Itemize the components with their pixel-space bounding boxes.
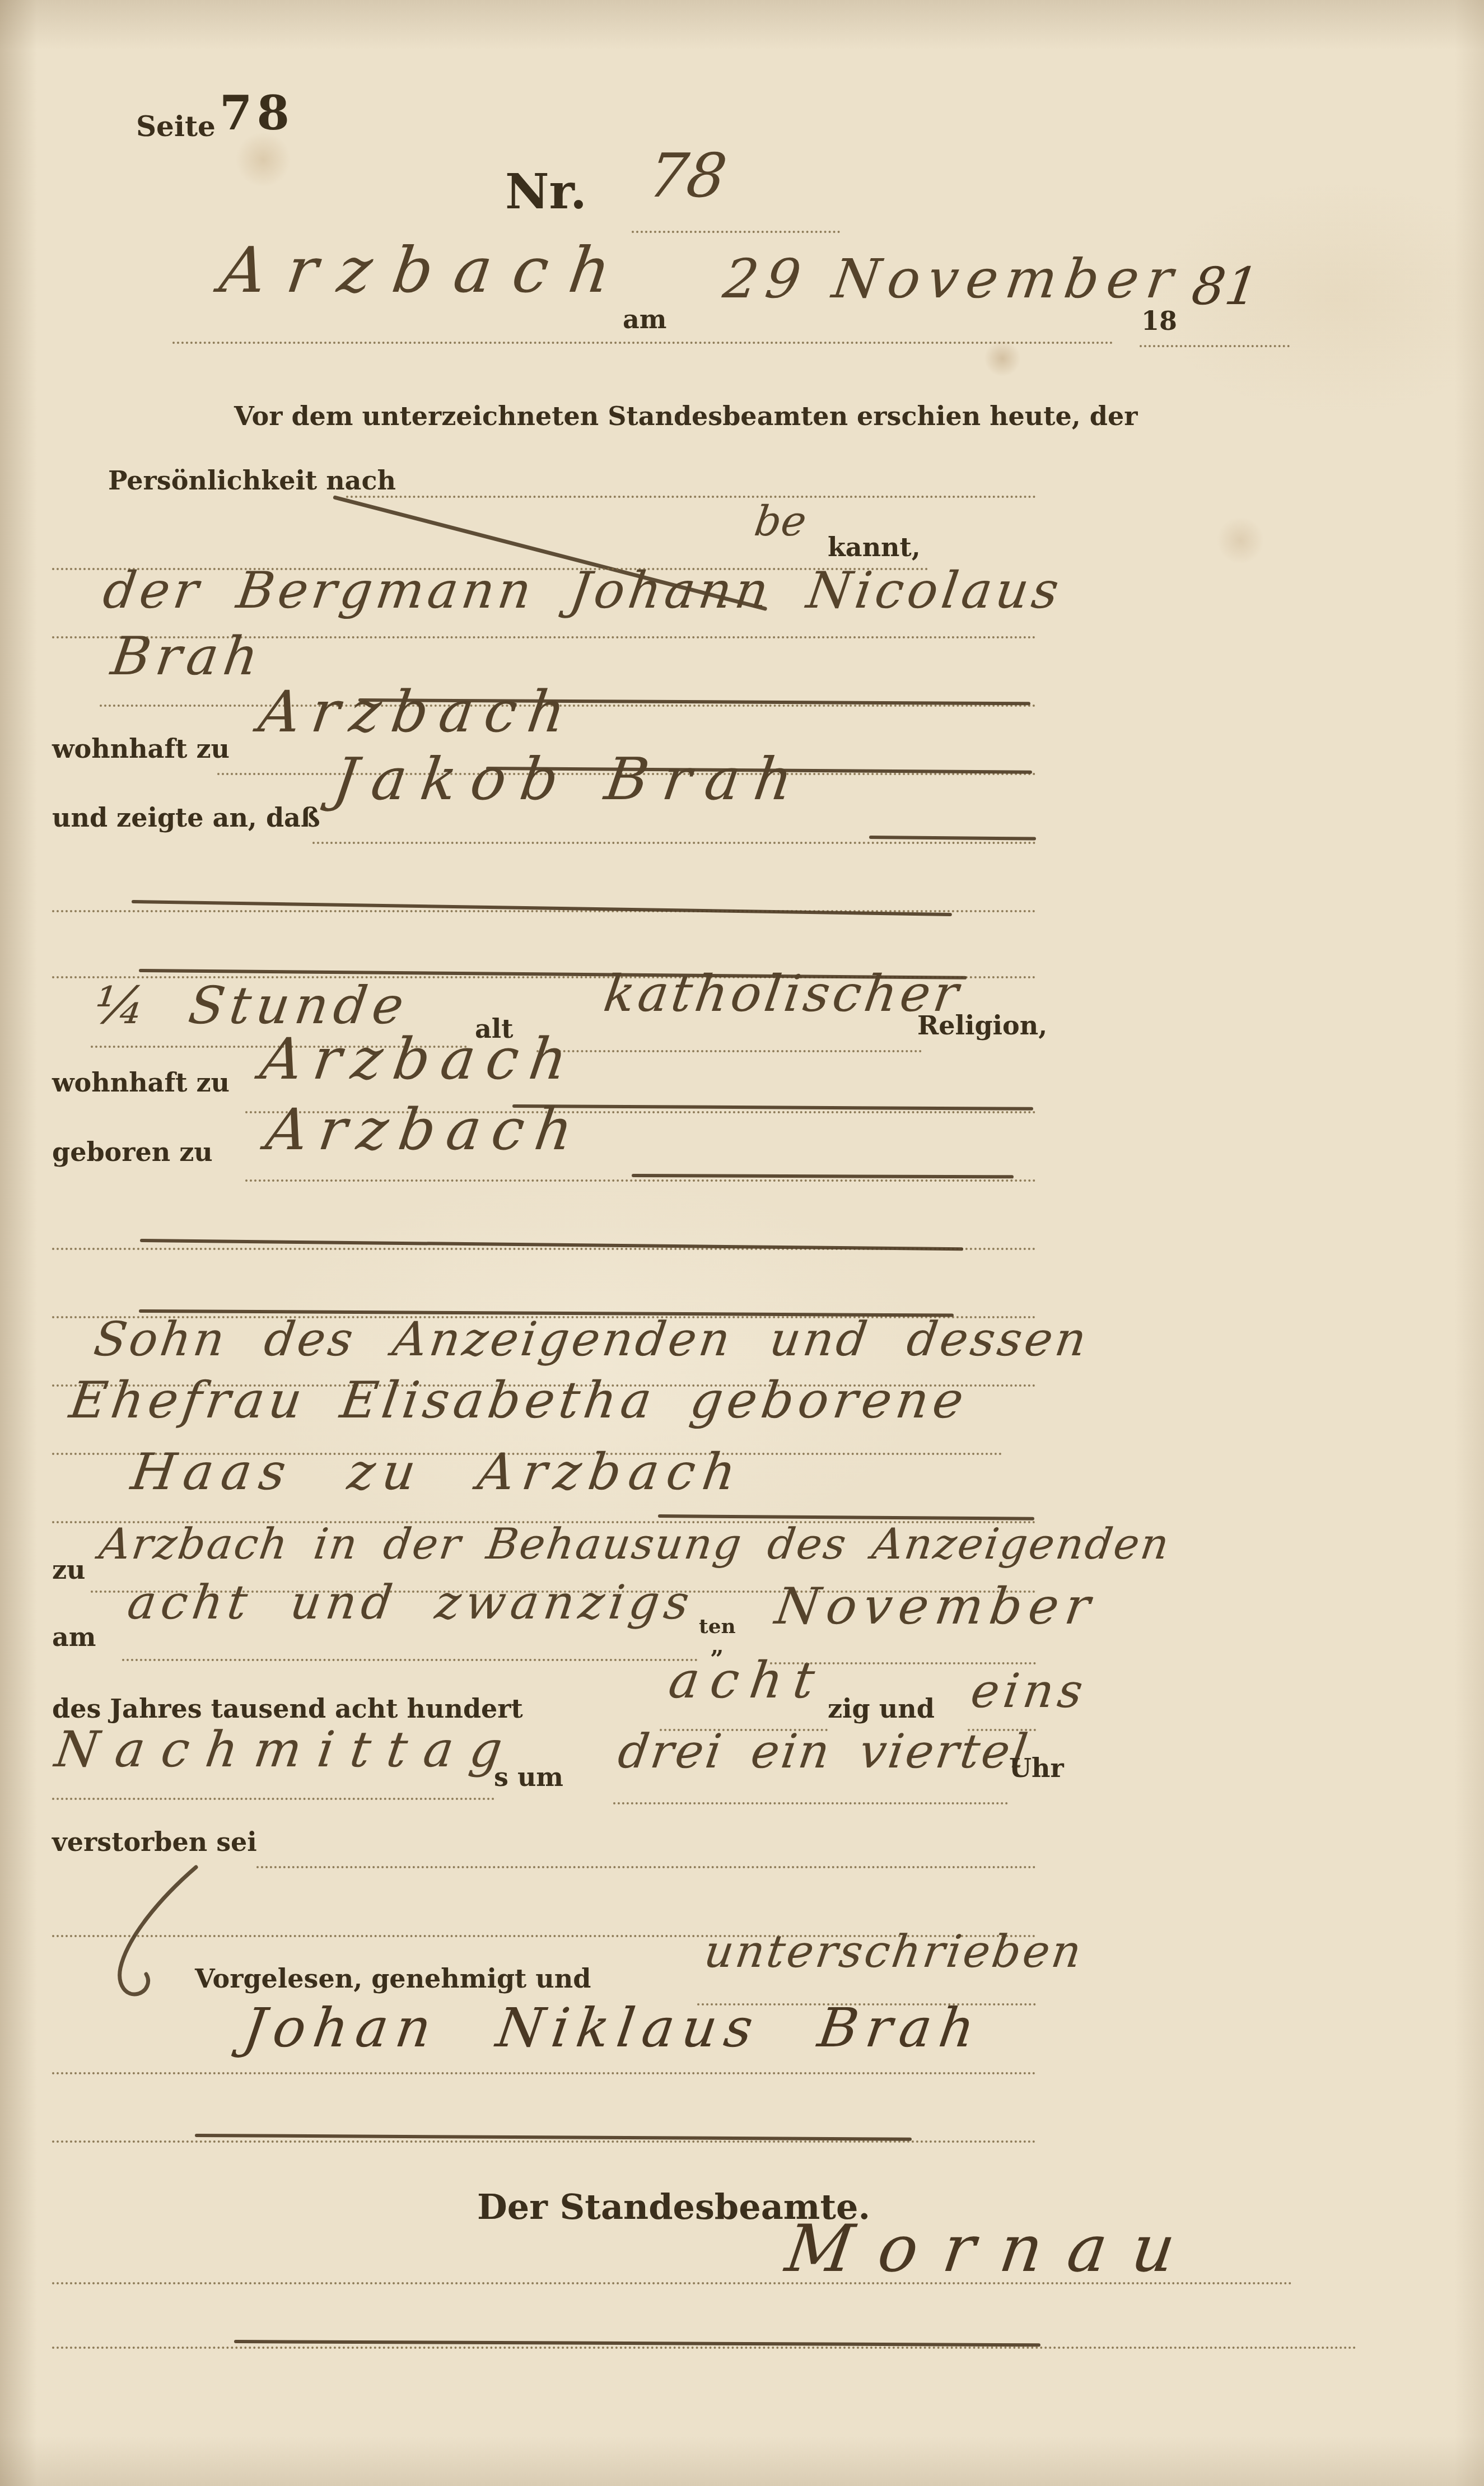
record-no-label: Nr. (505, 164, 587, 220)
death-statement: verstorben sei (52, 1827, 257, 1857)
death-time-mid: s um (494, 1762, 563, 1792)
death-year-tens: acht (665, 1651, 829, 1710)
parentage-line3: Haas zu Arzbach (128, 1443, 747, 1501)
death-place: Arzbach in der Behausung des Anzeigenden (96, 1519, 1174, 1569)
death-time-period: Nachmittag (52, 1720, 522, 1778)
death-day: acht und zwanzigs (124, 1575, 697, 1630)
page-label: Seite (136, 110, 216, 143)
appeared-line: Vor dem unterzeichneten Standesbeamten e… (234, 401, 1138, 431)
dateline-am: am (623, 304, 666, 334)
death-time: drei ein viertel (615, 1724, 1033, 1779)
dateline-day-month: 29 November (720, 248, 1184, 310)
religion-label: Religion, (917, 1010, 1047, 1041)
dotted-rule (52, 2140, 1036, 2143)
known-printed: kannt, (828, 532, 921, 562)
death-register-page: Seite 78 Nr. 78 Arzbach am 29 November 1… (0, 0, 1484, 2486)
ink-strike (869, 836, 1036, 841)
dotted-rule (536, 1050, 922, 1052)
dotted-rule (52, 1798, 494, 1800)
dotted-rule (613, 1802, 1008, 1804)
registrar-signature: Mornau (781, 2211, 1206, 2287)
identity-label: Persönlichkeit nach (108, 465, 396, 496)
known-handwritten: be (752, 497, 809, 545)
ink-strike (132, 900, 952, 916)
dateline-year: 81 (1188, 256, 1262, 316)
declarant-name-line1: der Bergmann Johann Nicolaus (100, 561, 1066, 620)
dotted-rule (1140, 345, 1290, 347)
dotted-rule (245, 1179, 1036, 1182)
deceased-residence-label: wohnhaft zu (52, 1067, 230, 1098)
deceased-religion: katholischer (600, 964, 965, 1023)
dateline-place: Arzbach (216, 234, 636, 307)
record-no-value: 78 (644, 141, 731, 211)
dotted-rule (632, 231, 840, 233)
death-year-prefix: des Jahres tausend acht hundert (52, 1694, 523, 1724)
death-year-ones: eins (968, 1663, 1091, 1718)
deceased-birthplace: Arzbach (262, 1097, 588, 1163)
dotted-rule (346, 496, 1036, 498)
birthplace-label: geboren zu (52, 1137, 213, 1167)
dotted-rule (122, 1659, 698, 1661)
parentage-line1: Sohn des Anzeigenden und dessen (91, 1312, 1093, 1366)
parentage-line2: Ehefrau Elisabetha geborene (66, 1371, 972, 1430)
declarant-name-line2: Brah (108, 626, 268, 687)
dotted-rule (256, 1866, 1036, 1868)
ink-strike (234, 2340, 1040, 2347)
ink-strike (195, 2134, 912, 2141)
ink-strike (632, 1174, 1014, 1178)
death-time-suffix: Uhr (1009, 1753, 1064, 1783)
declarant-residence: Arzbach (255, 679, 581, 745)
death-year-mid: zig und (828, 1694, 935, 1724)
dotted-rule (52, 2072, 1036, 2074)
dateline-century: 18 (1141, 306, 1177, 336)
attestation-printed: Vorgelesen, genehmigt und (195, 1963, 591, 1994)
death-day-prefix: am (52, 1622, 96, 1652)
attestation-handwritten: unterschrieben (701, 1925, 1086, 1977)
report-label: und zeigte an, daß (52, 803, 320, 833)
death-month: November (772, 1577, 1100, 1636)
declarant-residence-label: wohnhaft zu (52, 734, 230, 764)
declarant-signature: Johan Niklaus Brah (240, 1997, 986, 2059)
page-number: 78 (220, 85, 294, 141)
dotted-rule (312, 842, 1036, 844)
deceased-name: Jakob Brah (329, 745, 811, 813)
dotted-rule (52, 2347, 1357, 2349)
dotted-rule (172, 342, 1113, 344)
deceased-residence: Arzbach (256, 1026, 582, 1093)
ink-strike (512, 1104, 1033, 1111)
dotted-rule (52, 2282, 1292, 2284)
death-place-prefix: zu (52, 1555, 86, 1585)
